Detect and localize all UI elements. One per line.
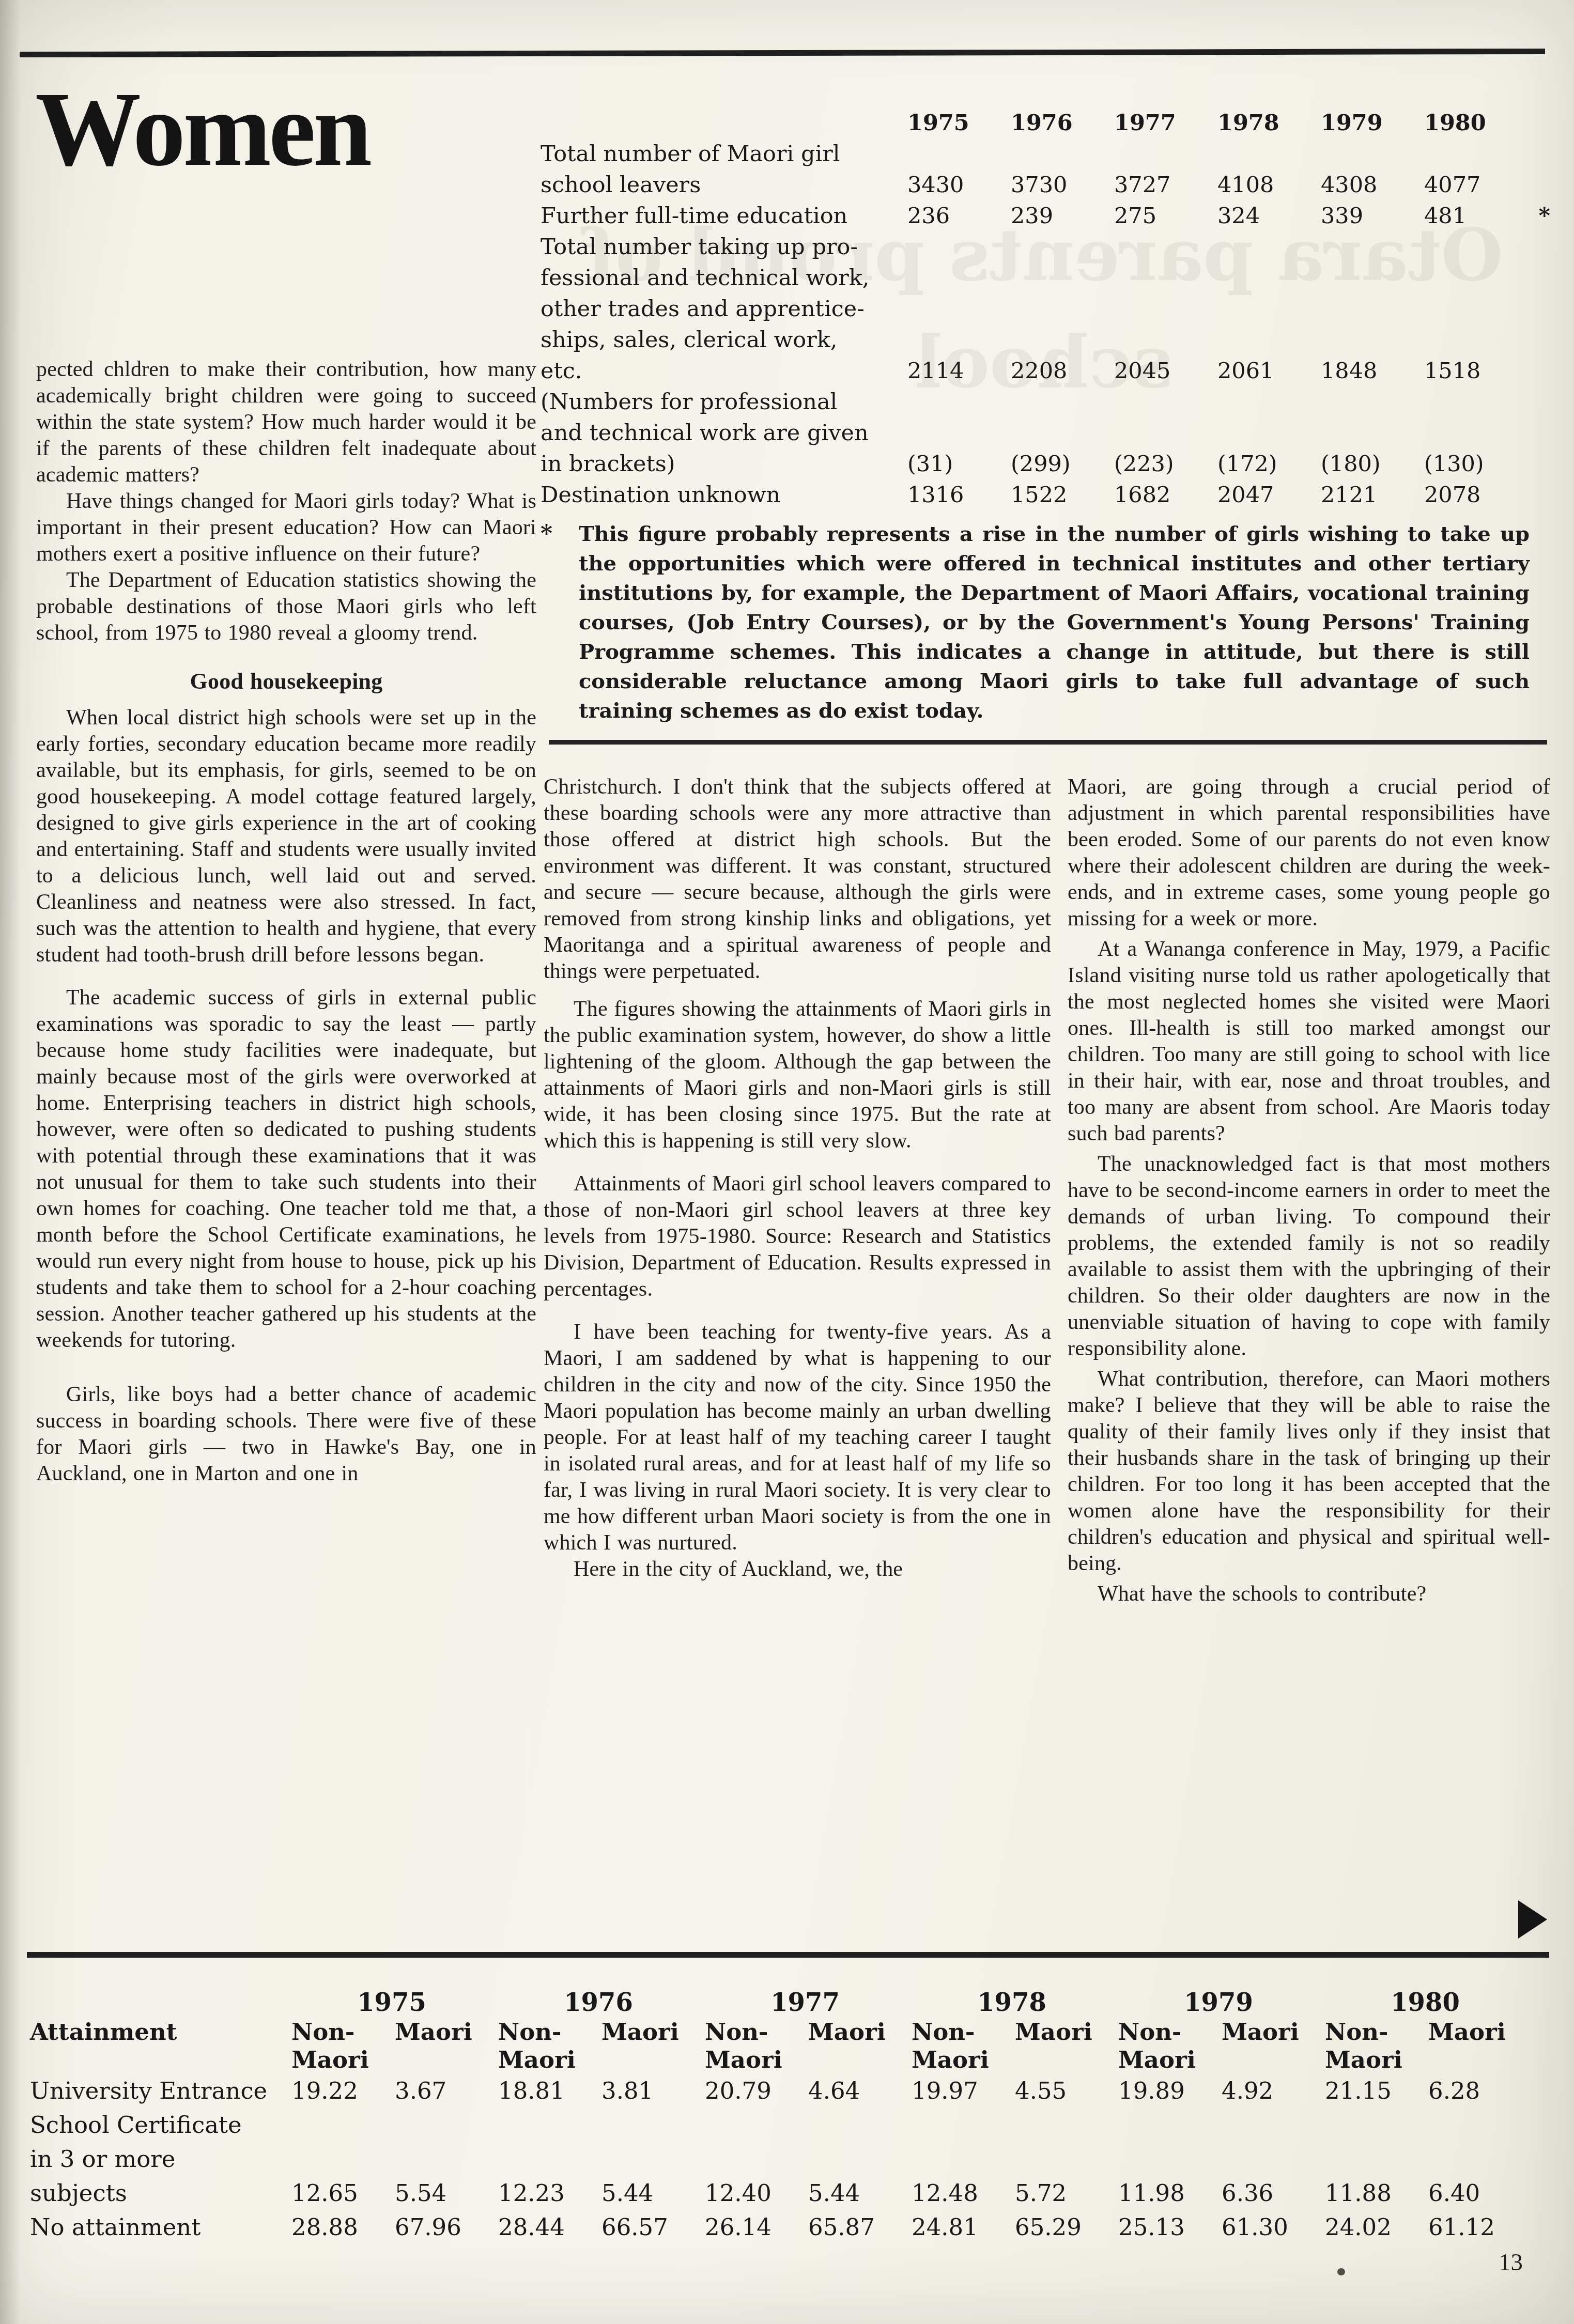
table-cell: 65.29 bbox=[1012, 2210, 1115, 2244]
footnote-marker-cell: * bbox=[1527, 200, 1550, 231]
table-row: Total number of Maori girl school leaver… bbox=[541, 138, 1550, 200]
row-label: ships, sales, clerical work, bbox=[541, 324, 907, 355]
table-cell: 6.28 bbox=[1425, 2074, 1529, 2108]
scan-speck bbox=[1337, 2268, 1345, 2275]
table-cell: 4.55 bbox=[1012, 2074, 1115, 2108]
table-cell: 4.64 bbox=[805, 2074, 908, 2108]
destinations-table: 1975 1976 1977 1978 1979 1980 Total numb… bbox=[541, 107, 1550, 510]
table-cell: 1518 bbox=[1424, 355, 1527, 386]
table-row: No attainment 28.88 67.96 28.44 66.57 26… bbox=[30, 2210, 1544, 2244]
paragraph: I have been teaching for twenty-five yea… bbox=[544, 1319, 1051, 1556]
row-label: Further full-time education bbox=[541, 200, 907, 231]
row-label: University Entrance bbox=[30, 2074, 288, 2108]
table-cell: 24.02 bbox=[1322, 2210, 1425, 2244]
table-cell: 1316 bbox=[907, 479, 1011, 510]
table-cell: 2045 bbox=[1114, 355, 1217, 386]
table-cell: 4.92 bbox=[1218, 2074, 1322, 2108]
table-cell: 236 bbox=[907, 200, 1011, 231]
table-cell: 24.81 bbox=[908, 2210, 1012, 2244]
table-cell: 11.88 bbox=[1322, 2176, 1425, 2210]
table-cell: 239 bbox=[1011, 200, 1114, 231]
footnote-text: This figure probably represents a rise i… bbox=[579, 519, 1530, 725]
column-header-maori: Maori bbox=[805, 2018, 908, 2046]
table-cell: 1848 bbox=[1321, 355, 1424, 386]
row-label: and technical work are given bbox=[541, 417, 907, 448]
table-cell: (130) bbox=[1424, 448, 1527, 479]
year-header: 1976 bbox=[1011, 107, 1114, 138]
table-row: Destination unknown 1316 1522 1682 2047 … bbox=[541, 479, 1550, 510]
asterisk-marker: * bbox=[541, 519, 579, 725]
paragraph: Christchurch. I don't think that the sub… bbox=[544, 774, 1051, 985]
paragraph: At a Wananga conference in May, 1979, a … bbox=[1068, 936, 1550, 1147]
table-row: (Numbers for professional and technical … bbox=[541, 386, 1550, 479]
row-label: No attainment bbox=[30, 2210, 288, 2244]
column-header-maori: Maori bbox=[392, 2018, 495, 2046]
subheading: Good housekeeping bbox=[36, 668, 536, 694]
table-cell: (180) bbox=[1321, 448, 1424, 479]
row-label: in brackets) bbox=[541, 448, 907, 479]
table-cell: 5.72 bbox=[1012, 2176, 1115, 2210]
table-cell: 275 bbox=[1114, 200, 1217, 231]
row-label: Total number of Maori girl bbox=[541, 138, 907, 169]
table-cell: 28.44 bbox=[495, 2210, 598, 2244]
footnote: * This figure probably represents a rise… bbox=[541, 519, 1530, 725]
table-cell: 61.30 bbox=[1218, 2210, 1322, 2244]
table-cell: 65.87 bbox=[805, 2210, 908, 2244]
column-header-non-maori: Non-Maori bbox=[1322, 2018, 1425, 2074]
column-header-maori: Maori bbox=[598, 2018, 702, 2046]
paragraph: Here in the city of Auckland, we, the bbox=[544, 1556, 1051, 1583]
column-header-non-maori: Non-Maori bbox=[908, 2018, 1012, 2074]
row-label: Destination unknown bbox=[541, 479, 907, 510]
row-label: in 3 or more bbox=[30, 2142, 288, 2176]
table-cell: 12.48 bbox=[908, 2176, 1012, 2210]
row-label: fessional and technical work, bbox=[541, 262, 907, 293]
paragraph: Maori, are going through a crucial perio… bbox=[1068, 774, 1550, 932]
year-header: 1977 bbox=[1114, 107, 1217, 138]
paragraph: The figures showing the attainments of M… bbox=[544, 996, 1051, 1154]
top-divider-rule bbox=[20, 49, 1545, 57]
table-cell: 28.88 bbox=[288, 2210, 392, 2244]
table-row: Further full-time education 236 239 275 … bbox=[541, 200, 1550, 231]
table-cell: 21.15 bbox=[1322, 2074, 1425, 2108]
table-cell: 20.79 bbox=[702, 2074, 805, 2108]
table-cell: 2061 bbox=[1217, 355, 1321, 386]
table-cell: 2114 bbox=[907, 355, 1011, 386]
column-header-maori: Maori bbox=[1425, 2018, 1529, 2046]
row-label: subjects bbox=[30, 2176, 288, 2210]
row-label: school leavers bbox=[541, 169, 907, 200]
paragraph: When local district high schools were se… bbox=[36, 705, 536, 968]
row-label: Total number taking up pro- bbox=[541, 231, 907, 262]
paragraph: pected chldren to make their contributio… bbox=[36, 357, 536, 488]
column-left: pected chldren to make their contributio… bbox=[36, 357, 536, 1948]
table-cell: 3730 bbox=[1011, 169, 1114, 200]
table-cell: 3.81 bbox=[598, 2074, 702, 2108]
table-cell: 2047 bbox=[1217, 479, 1321, 510]
table-row: Total number taking up pro- fessional an… bbox=[541, 231, 1550, 386]
year-header: 1978 bbox=[908, 1987, 1115, 2018]
paragraph: What have the schools to contribute? bbox=[1068, 1581, 1550, 1607]
paragraph: Attainments of Maori girl school leavers… bbox=[544, 1171, 1051, 1303]
table-cell: (31) bbox=[907, 448, 1011, 479]
section-divider-rule bbox=[549, 740, 1547, 745]
page-number: 13 bbox=[1499, 2249, 1523, 2276]
year-header: 1975 bbox=[907, 107, 1011, 138]
table-cell: 12.23 bbox=[495, 2176, 598, 2210]
table-cell: 26.14 bbox=[702, 2210, 805, 2244]
table-cell: 1522 bbox=[1011, 479, 1114, 510]
year-header: 1979 bbox=[1321, 107, 1424, 138]
table-cell: (299) bbox=[1011, 448, 1114, 479]
table-cell: 12.65 bbox=[288, 2176, 392, 2210]
table-row: School Certificate in 3 or more subjects… bbox=[30, 2108, 1544, 2210]
table-cell: 3.67 bbox=[392, 2074, 495, 2108]
paragraph: Girls, like boys had a better chance of … bbox=[36, 1382, 536, 1487]
table-cell: 18.81 bbox=[495, 2074, 598, 2108]
column-header-maori: Maori bbox=[1012, 2018, 1115, 2046]
continuation-arrow-icon bbox=[1518, 1900, 1547, 1939]
section-title: Women bbox=[35, 76, 369, 182]
table-cell: 4077 bbox=[1424, 169, 1527, 200]
table-cell: 19.22 bbox=[288, 2074, 392, 2108]
table-cell: 339 bbox=[1321, 200, 1424, 231]
table-cell: 5.44 bbox=[805, 2176, 908, 2210]
paragraph: Have things changed for Maori girls toda… bbox=[36, 488, 536, 567]
table-top-rule bbox=[27, 1952, 1549, 1958]
table-cell: 5.44 bbox=[598, 2176, 702, 2210]
year-header: 1977 bbox=[702, 1987, 908, 2018]
magazine-page: Otara parents proud of school Women 1975… bbox=[0, 0, 1574, 2324]
table-cell: 2078 bbox=[1424, 479, 1527, 510]
column-header: Attainment bbox=[30, 2018, 288, 2046]
table-year-header-row: 1975 1976 1977 1978 1979 1980 bbox=[541, 107, 1550, 138]
table-cell: 4308 bbox=[1321, 169, 1424, 200]
year-header: 1980 bbox=[1322, 1987, 1529, 2018]
table-year-header-row: 1975 1976 1977 1978 1979 1980 bbox=[30, 1987, 1544, 2018]
row-label: School Certificate bbox=[30, 2108, 288, 2142]
year-header: 1975 bbox=[288, 1987, 495, 2018]
row-label: (Numbers for professional bbox=[541, 386, 907, 417]
column-header-non-maori: Non-Maori bbox=[288, 2018, 392, 2074]
table-cell: 19.97 bbox=[908, 2074, 1012, 2108]
paragraph: The unacknowledged fact is that most mot… bbox=[1068, 1151, 1550, 1362]
column-header-maori: Maori bbox=[1218, 2018, 1322, 2046]
year-header: 1976 bbox=[495, 1987, 702, 2018]
column-right: Maori, are going through a crucial perio… bbox=[1068, 774, 1550, 1903]
paragraph: The academic success of girls in externa… bbox=[36, 985, 536, 1354]
column-middle: Christchurch. I don't think that the sub… bbox=[544, 774, 1051, 1944]
table-cell: 6.40 bbox=[1425, 2176, 1529, 2210]
year-header: 1980 bbox=[1424, 107, 1527, 138]
table-cell: 1682 bbox=[1114, 479, 1217, 510]
table-cell: (223) bbox=[1114, 448, 1217, 479]
row-label: other trades and apprentice- bbox=[541, 293, 907, 324]
attainment-table: 1975 1976 1977 1978 1979 1980 Attainment… bbox=[30, 1987, 1544, 2244]
table-cell: 61.12 bbox=[1425, 2210, 1529, 2244]
table-cell: 2121 bbox=[1321, 479, 1424, 510]
table-cell: 4108 bbox=[1217, 169, 1321, 200]
row-label: etc. bbox=[541, 355, 907, 386]
table-cell: 3727 bbox=[1114, 169, 1217, 200]
table-cell: 67.96 bbox=[392, 2210, 495, 2244]
column-header-non-maori: Non-Maori bbox=[702, 2018, 805, 2074]
year-header: 1979 bbox=[1115, 1987, 1322, 2018]
table-cell: (172) bbox=[1217, 448, 1321, 479]
table-cell: 6.36 bbox=[1218, 2176, 1322, 2210]
table-cell: 66.57 bbox=[598, 2210, 702, 2244]
table-cell: 324 bbox=[1217, 200, 1321, 231]
year-header: 1978 bbox=[1217, 107, 1321, 138]
table-cell: 3430 bbox=[907, 169, 1011, 200]
table-cell: 19.89 bbox=[1115, 2074, 1218, 2108]
page-edge-shadow bbox=[0, 0, 21, 2324]
table-cell: 5.54 bbox=[392, 2176, 495, 2210]
table-cell: 11.98 bbox=[1115, 2176, 1218, 2210]
table-row: University Entrance 19.22 3.67 18.81 3.8… bbox=[30, 2074, 1544, 2108]
table-cell: 2208 bbox=[1011, 355, 1114, 386]
table-cell: 481 bbox=[1424, 200, 1527, 231]
column-header-non-maori: Non-Maori bbox=[1115, 2018, 1218, 2074]
table-cell: 25.13 bbox=[1115, 2210, 1218, 2244]
table-subheader-row: Attainment Non-Maori Maori Non-Maori Mao… bbox=[30, 2018, 1544, 2074]
table-cell: 12.40 bbox=[702, 2176, 805, 2210]
paragraph: What contribution, therefore, can Maori … bbox=[1068, 1366, 1550, 1577]
paragraph: The Department of Education statistics s… bbox=[36, 567, 536, 646]
column-header-non-maori: Non-Maori bbox=[495, 2018, 598, 2074]
